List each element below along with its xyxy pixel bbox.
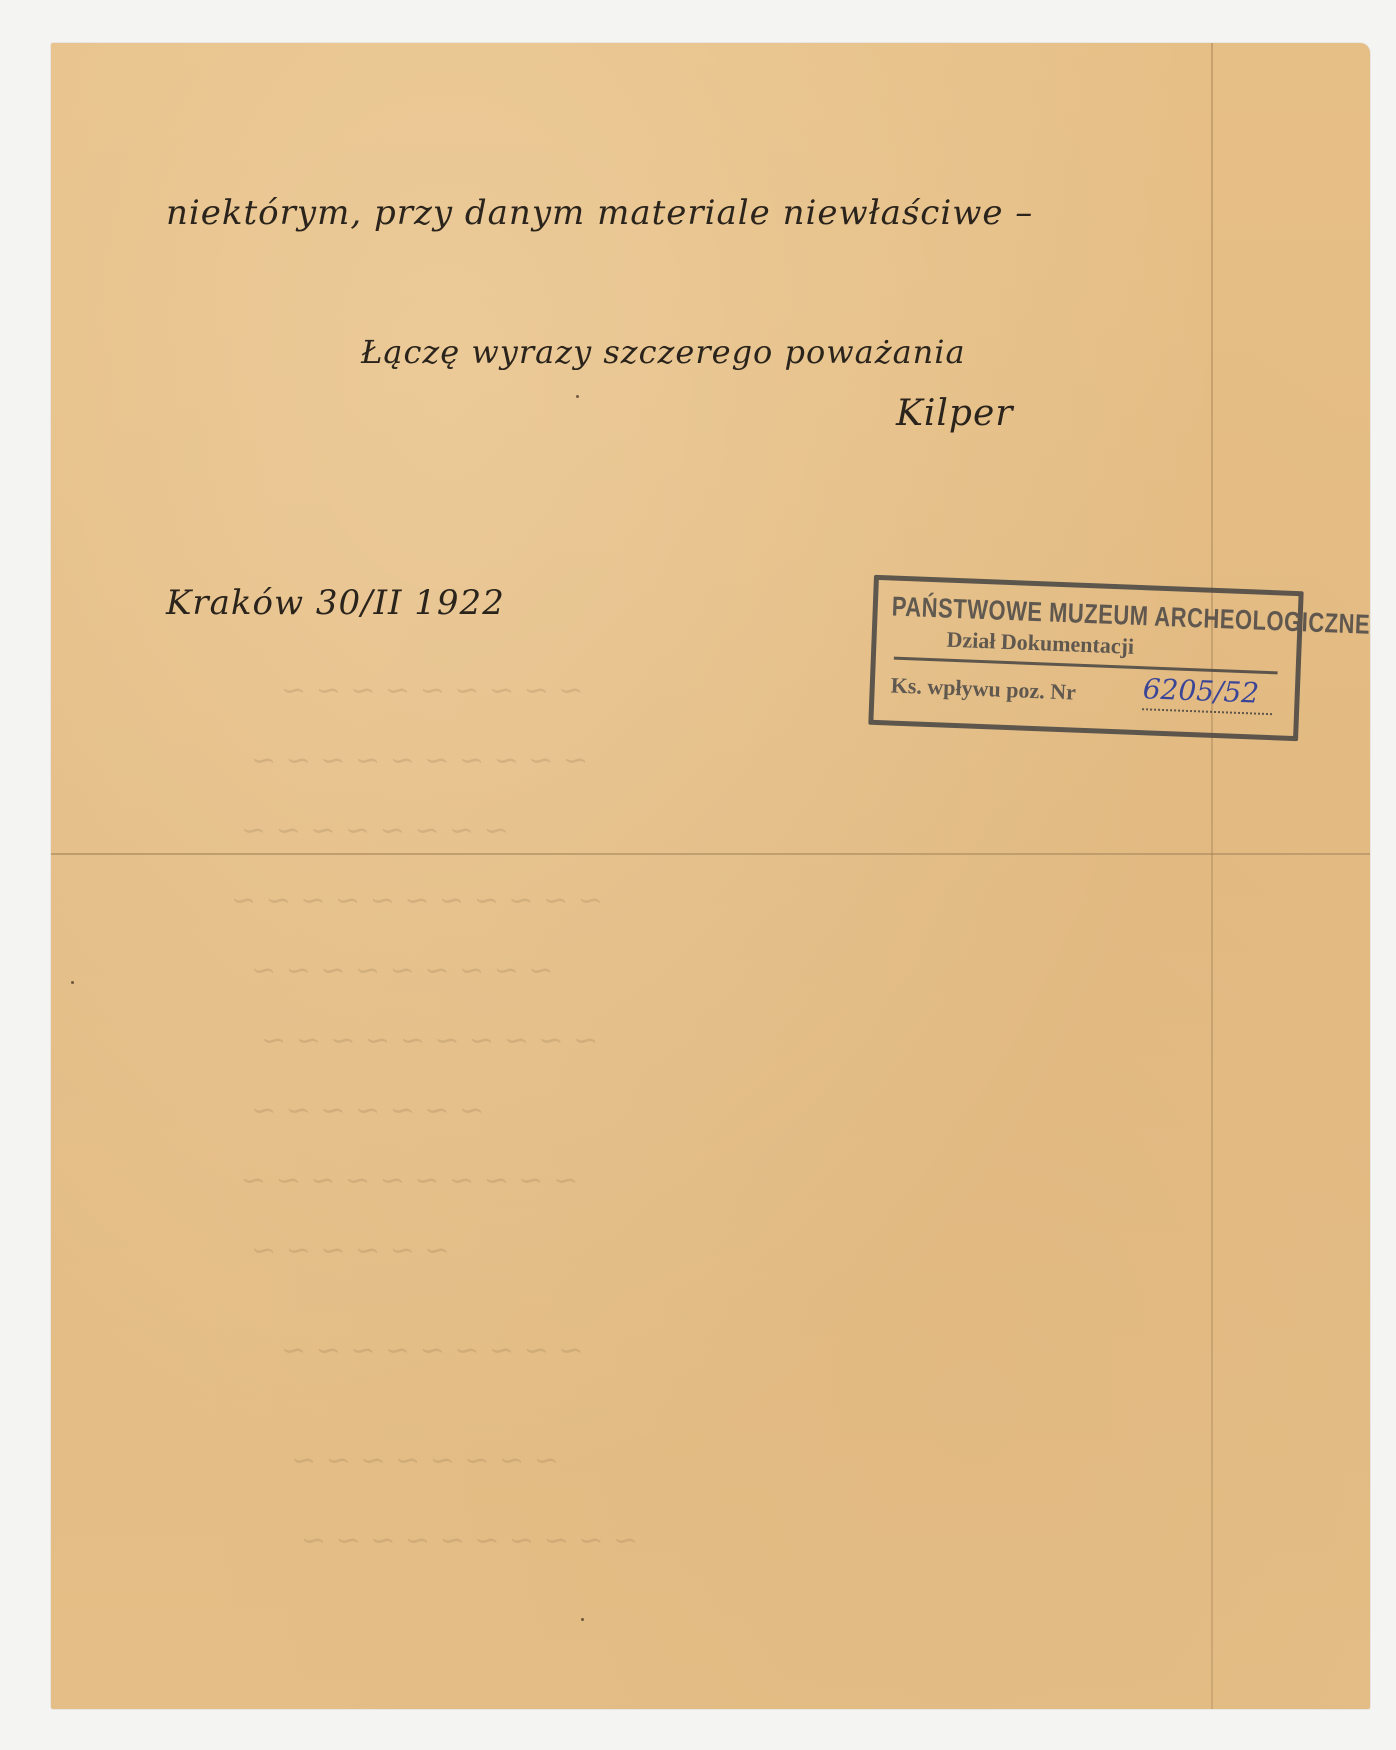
- letter-closing: Łączę wyrazy szczerego poważania: [361, 333, 966, 371]
- bleed-through-line: ~ ~ ~ ~ ~ ~ ~ ~ ~ ~: [241, 1163, 578, 1198]
- signature: Kilper: [896, 393, 1013, 434]
- paper-speck: [576, 395, 579, 398]
- stamp-divider: [894, 657, 1278, 675]
- museum-stamp: PAŃSTWOWE MUZEUM ARCHEOLOGICZNE Dział Do…: [868, 575, 1303, 741]
- vertical-fold-line: [1211, 43, 1213, 1709]
- bleed-through-line: ~ ~ ~ ~ ~ ~ ~ ~ ~ ~ ~: [231, 883, 603, 918]
- paper-speck: [71, 981, 74, 984]
- stamp-entry-label: Ks. wpływu poz. Nr: [890, 673, 1076, 706]
- bleed-through-line: ~ ~ ~ ~ ~ ~: [251, 1233, 450, 1268]
- stamp-department: Dział Dokumentacji: [946, 627, 1134, 660]
- bleed-through-line: ~ ~ ~ ~ ~ ~ ~ ~: [241, 813, 509, 848]
- bleed-through-line: ~ ~ ~ ~ ~ ~ ~ ~: [291, 1443, 559, 1478]
- bleed-through-line: ~ ~ ~ ~ ~ ~ ~ ~ ~: [281, 673, 584, 708]
- horizontal-fold-line: [51, 853, 1370, 855]
- scan-background: ~ ~ ~ ~ ~ ~ ~ ~ ~ ~ ~ ~ ~ ~ ~ ~ ~ ~ ~ ~ …: [0, 0, 1396, 1750]
- paper-speck: [581, 1618, 584, 1621]
- bleed-through-line: ~ ~ ~ ~ ~ ~ ~ ~ ~: [251, 953, 554, 988]
- letter-paper: ~ ~ ~ ~ ~ ~ ~ ~ ~ ~ ~ ~ ~ ~ ~ ~ ~ ~ ~ ~ …: [51, 43, 1370, 1709]
- letter-body-line: niektórym, przy danym materiale niewłaśc…: [166, 193, 1033, 233]
- stamp-entry-number: 6205/52: [1142, 672, 1260, 709]
- bleed-through-line: ~ ~ ~ ~ ~ ~ ~ ~ ~ ~: [261, 1023, 598, 1058]
- bleed-through-line: ~ ~ ~ ~ ~ ~ ~ ~ ~ ~: [301, 1523, 638, 1558]
- place-and-date: Kraków 30/II 1922: [166, 583, 505, 623]
- bleed-through-line: ~ ~ ~ ~ ~ ~ ~ ~ ~ ~: [251, 743, 588, 778]
- bleed-through-line: ~ ~ ~ ~ ~ ~ ~: [251, 1093, 484, 1128]
- bleed-through-line: ~ ~ ~ ~ ~ ~ ~ ~ ~: [281, 1333, 584, 1368]
